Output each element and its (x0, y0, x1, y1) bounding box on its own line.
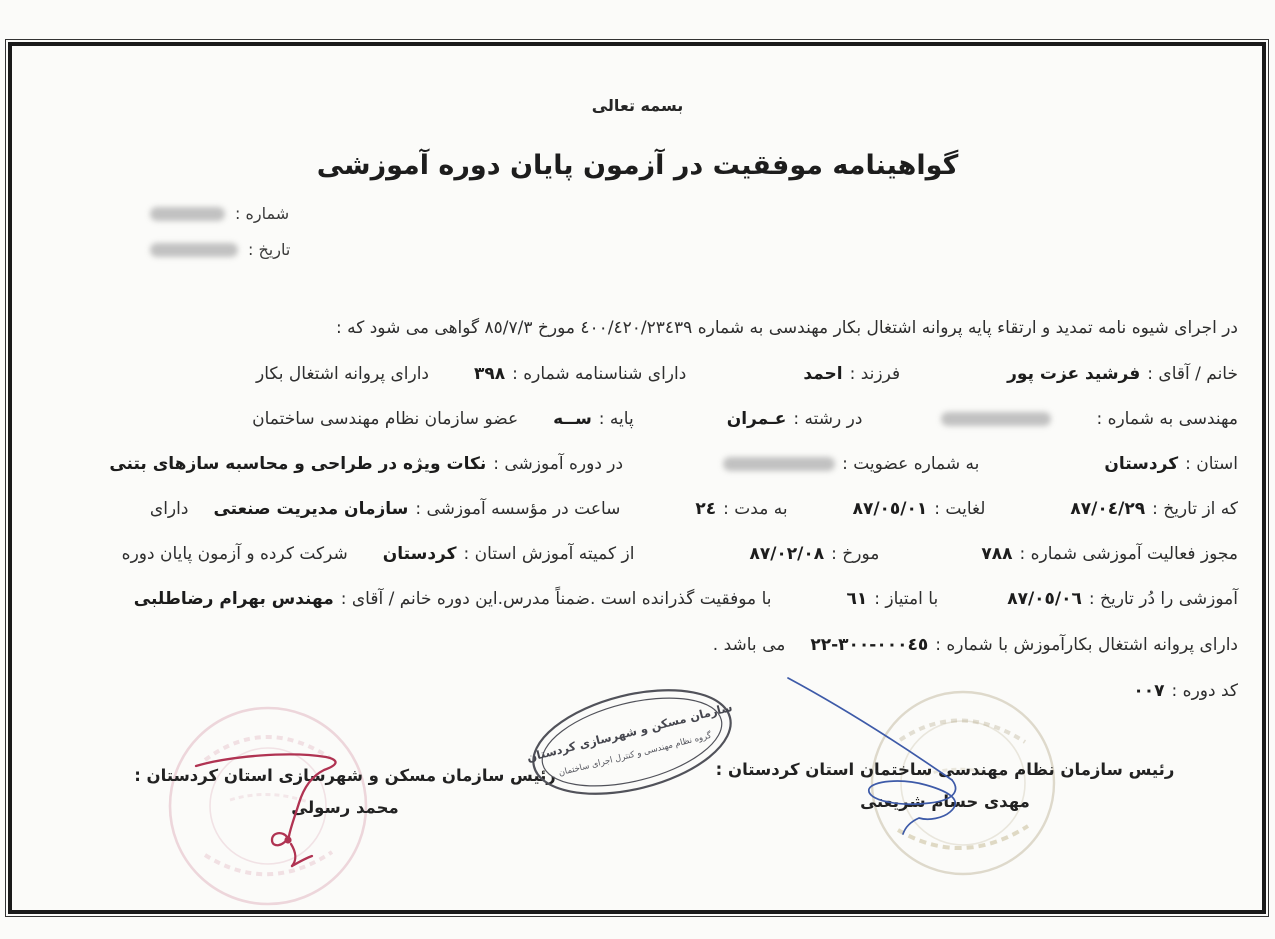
line5-tail: دارای (150, 499, 189, 519)
membership-number-label: به شماره عضویت : (842, 454, 979, 474)
left-signatory-title: رئیس سازمان مسکن و شهرسازی استان کردستان… (134, 766, 556, 785)
right-signatory-name: مهدی حسام شریعتی (860, 792, 1030, 811)
committee-label: از کمیته آموزش استان : (464, 544, 635, 564)
right-signature-block: رئیس سازمان نظام مهندسی ساختمان استان کر… (705, 760, 1185, 811)
institute-value: سازمان مدیریت صنعتی (213, 499, 408, 519)
course-code-label: کد دوره : (1172, 681, 1238, 701)
start-date-label: که از تاریخ : (1152, 499, 1238, 519)
duration-value: ٢٤ (695, 499, 716, 519)
father-name-value: احمد (803, 364, 842, 384)
serial-number-row: شماره : (150, 204, 289, 223)
bismillah: بسمه تعالی (0, 96, 1275, 115)
issue-date-label: تاریخ : (248, 240, 290, 259)
score-label: با امتیاز : (874, 589, 938, 609)
issue-date-redacted (150, 243, 238, 257)
right-signatory-title: رئیس سازمان نظام مهندسی ساختمان استان کر… (716, 760, 1175, 779)
training-permit-value: ٧٨٨ (981, 544, 1012, 564)
holder-name-label: خانم / آقای : (1147, 364, 1238, 384)
license-number-redacted (941, 412, 1051, 426)
line6-tail: شرکت کرده و آزمون پایان دوره (122, 544, 348, 564)
exam-date-value: ٨٧/٠٥/٠٦ (1007, 589, 1082, 609)
end-date-label: لغایت : (934, 499, 985, 519)
serial-number-label: شماره : (235, 204, 289, 223)
intro-text: در اجرای شیوه نامه تمدید و ارتقاء پایه پ… (336, 318, 1238, 338)
holder-name-value: فرشید عزت پور (1007, 364, 1140, 384)
province-label: استان : (1185, 454, 1238, 474)
duration-label: به مدت : (723, 499, 787, 519)
permit-date-value: ٨٧/٠٢/٠٨ (749, 544, 824, 564)
field-of-study-value: عـمران (727, 409, 787, 429)
course-code-value: ٠٠٧ (1133, 681, 1164, 701)
score-value: ٦١ (846, 589, 867, 609)
training-permit-label: مجوز فعالیت آموزشی شماره : (1019, 544, 1238, 564)
line2-tail: دارای پروانه اشتغال بکار (256, 364, 429, 384)
line8-tail: می باشد . (713, 635, 786, 655)
left-signatory-name: محمد رسولی (291, 798, 398, 817)
body-line-6: مجوز فعالیت آموزشی شماره : ٧٨٨ مورخ : ٨٧… (122, 544, 1238, 564)
end-date-value: ٨٧/٠٥/٠١ (853, 499, 928, 519)
membership-number-redacted (723, 457, 835, 471)
line3-tail: عضو سازمان نظام مهندسی ساختمان (252, 409, 518, 429)
start-date-value: ٨٧/٠٤/٢٩ (1070, 499, 1145, 519)
body-line-9: کد دوره : ٠٠٧ (1113, 681, 1238, 701)
license-number-label: مهندسی به شماره : (1096, 409, 1238, 429)
institute-label: ساعت در مؤسسه آموزشی : (415, 499, 620, 519)
father-name-label: فرزند : (850, 364, 901, 384)
body-line-8: دارای پروانه اشتغال بکارآموزش با شماره :… (713, 635, 1238, 655)
instructor-license-value: ٢٢-٣٠٠-٠٠٠٤٥ (810, 635, 928, 655)
certificate-title: گواهینامه موفقیت در آزمون پایان دوره آمو… (0, 150, 1275, 181)
province-value: کردستان (1104, 454, 1178, 474)
instructor-license-label: دارای پروانه اشتغال بکارآموزش با شماره : (935, 635, 1238, 655)
permit-date-label: مورخ : (831, 544, 879, 564)
issue-date-row: تاریخ : (150, 240, 290, 259)
body-line-1: در اجرای شیوه نامه تمدید و ارتقاء پایه پ… (336, 318, 1238, 338)
grade-label: پایه : (599, 409, 634, 429)
field-of-study-label: در رشته : (793, 409, 862, 429)
course-title-value: نکات ویژه در طراحی و محاسبه سازهای بتنی (109, 454, 486, 474)
certificate-page: بسمه تعالی گواهینامه موفقیت در آزمون پای… (0, 0, 1275, 939)
pass-statement: با موفقیت گذرانده است .ضمناً مدرس.این دو… (341, 589, 772, 609)
body-line-7: آموزشی را دُر تاریخ : ٨٧/٠٥/٠٦ با امتیاز… (134, 589, 1238, 609)
committee-value: کردستان (383, 544, 457, 564)
course-title-label: در دوره آموزشی : (493, 454, 623, 474)
left-signature-block: رئیس سازمان مسکن و شهرسازی استان کردستان… (115, 766, 575, 817)
id-card-value: ٣٩٨ (474, 364, 505, 384)
id-card-label: دارای شناسنامه شماره : (512, 364, 686, 384)
body-line-4: استان : کردستان به شماره عضویت : در دوره… (109, 454, 1238, 474)
body-line-2: خانم / آقای : فرشید عزت پور فرزند : احمد… (256, 364, 1238, 384)
instructor-name-value: مهندس بهرام رضاطلبی (134, 589, 334, 609)
body-line-3: مهندسی به شماره : در رشته : عـمران پایه … (252, 409, 1238, 429)
body-line-5: که از تاریخ : ٨٧/٠٤/٢٩ لغایت : ٨٧/٠٥/٠١ … (150, 499, 1238, 519)
grade-value: ســه (553, 409, 592, 429)
serial-number-redacted (150, 207, 225, 221)
exam-date-label: آموزشی را دُر تاریخ : (1089, 589, 1238, 609)
